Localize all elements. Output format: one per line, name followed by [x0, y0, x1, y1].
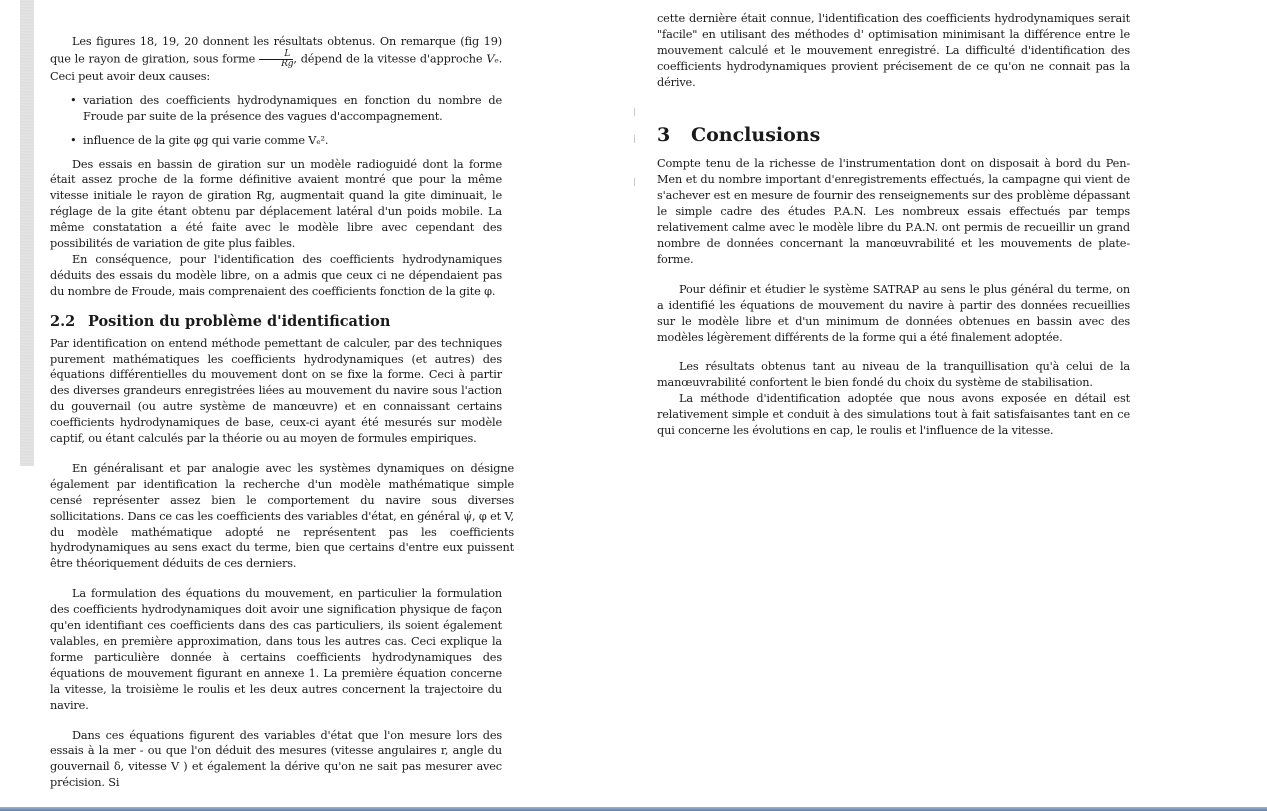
list-item: variation des coefficients hydrodynamiqu…: [72, 93, 502, 125]
paragraph: Les résultats obtenus tant au niveau de …: [657, 359, 1130, 391]
section-heading-3: 3Conclusions: [657, 128, 1130, 144]
fraction-l-over-rg: LRg: [259, 50, 293, 69]
window-bottom-border: [0, 807, 1267, 811]
gutter-mark: [634, 108, 635, 116]
paragraph: Pour définir et étudier le système SATRA…: [657, 282, 1130, 346]
section-heading-2-2: 2.2Position du problème d'identification: [50, 314, 502, 330]
paragraph: La méthode d'identification adoptée que …: [657, 391, 1130, 439]
scanned-page-edge: [20, 0, 34, 466]
paragraph: En conséquence, pour l'identification de…: [50, 252, 502, 300]
paragraph: La formulation des équations du mouvemen…: [50, 586, 502, 713]
right-column: cette dernière était connue, l'identific…: [657, 11, 1130, 439]
paragraph: Par identification on entend méthode pem…: [50, 336, 502, 447]
left-column: Les figures 18, 19, 20 donnent les résul…: [50, 34, 502, 791]
causes-list: variation des coefficients hydrodynamiqu…: [50, 93, 502, 149]
paragraph: Dans ces équations figurent des variable…: [50, 728, 502, 792]
list-item: influence de la gite φg qui varie comme …: [72, 133, 502, 149]
paragraph: Les figures 18, 19, 20 donnent les résul…: [50, 34, 502, 85]
paragraph: Des essais en bassin de giration sur un …: [50, 157, 502, 252]
paragraph: cette dernière était connue, l'identific…: [657, 11, 1130, 91]
paragraph: Compte tenu de la richesse de l'instrume…: [657, 156, 1130, 267]
paragraph: En généralisant et par analogie avec les…: [50, 461, 514, 572]
gutter-mark: [634, 178, 635, 186]
gutter-mark: [634, 135, 635, 143]
